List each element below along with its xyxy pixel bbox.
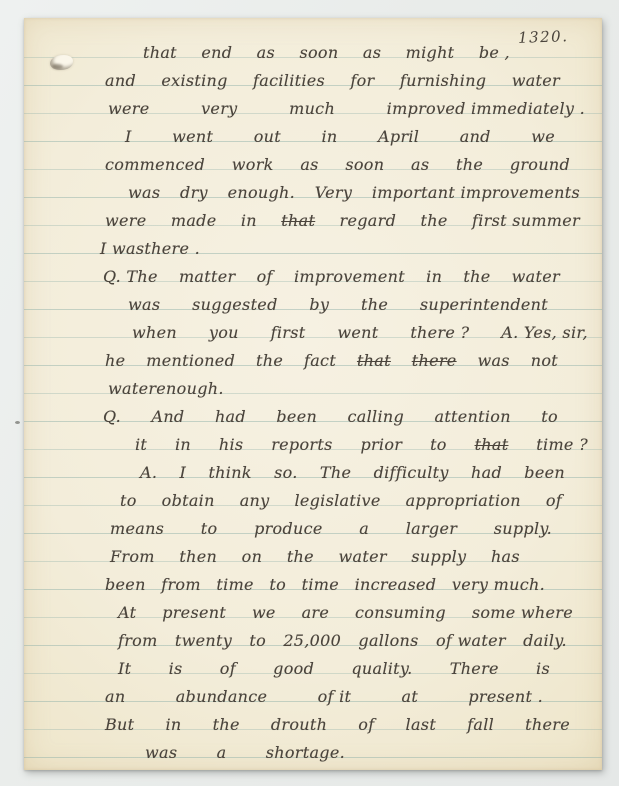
manuscript-line: weremadeinthatregardthefirst summer <box>24 206 602 234</box>
handwritten-word: drouth <box>271 715 327 734</box>
handwritten-word: the <box>456 155 483 174</box>
handwritten-word: to <box>541 407 558 426</box>
handwritten-word: The <box>320 463 351 482</box>
handwritten-word: ground <box>510 155 570 174</box>
handwritten-word: regard <box>340 211 397 230</box>
handwritten-word: I <box>180 463 187 482</box>
handwritten-word: he <box>105 351 125 370</box>
handwritten-word: been <box>524 463 565 482</box>
manuscript-line: wasdryenough.Veryimportant improvements <box>24 178 602 206</box>
handwritten-word: dry <box>180 183 208 202</box>
handwritten-word: Very <box>315 183 352 202</box>
handwritten-word: the <box>361 295 388 314</box>
manuscript-line: whenyoufirstwentthere ?A. Yes, sir, <box>24 318 602 346</box>
manuscript-line: A.Ithinkso.Thedifficultyhadbeen <box>24 458 602 486</box>
handwritten-word: been <box>105 575 146 594</box>
handwritten-word: But <box>105 715 134 734</box>
handwritten-word: increased <box>355 575 437 594</box>
handwritten-word: the <box>213 715 240 734</box>
handwritten-word: and <box>460 127 491 146</box>
handwritten-word: present <box>162 603 226 622</box>
handwritten-word: shortage. <box>266 743 345 762</box>
handwritten-word: we <box>531 127 555 146</box>
handwritten-word: a <box>359 519 369 538</box>
handwritten-word: so. <box>274 463 298 482</box>
handwritten-word: of <box>358 715 374 734</box>
scanned-page-background: 1320. thatendassoonasmightbe ,andexistin… <box>0 0 619 786</box>
handwritten-word: some where <box>472 603 573 622</box>
manuscript-line: meanstoproducealargersupply. <box>24 514 602 542</box>
handwritten-word: water <box>512 267 560 286</box>
handwritten-word: last <box>406 715 437 734</box>
handwritten-word: are <box>302 603 330 622</box>
handwritten-word: daily. <box>523 631 567 650</box>
manuscript-line: Itisofgoodquality.Thereis <box>24 654 602 682</box>
handwritten-word: there ? <box>410 323 469 342</box>
handwritten-word: on <box>242 547 263 566</box>
handwritten-word: produce <box>254 519 323 538</box>
manuscript-line: IwentoutinAprilandwe <box>24 122 602 150</box>
handwritten-word: not <box>531 351 558 370</box>
handwritten-word: supply <box>411 547 466 566</box>
handwritten-word: appropriation <box>406 491 521 510</box>
handwritten-word: consuming <box>355 603 446 622</box>
manuscript-line: I wasthere . <box>24 234 602 262</box>
handwritten-word: an <box>105 687 125 706</box>
struck-word: there <box>412 351 457 370</box>
handwritten-word: to <box>201 519 218 538</box>
manuscript-line: beenfromtimetotimeincreasedvery much. <box>24 570 602 598</box>
handwritten-word: in <box>175 435 191 454</box>
handwritten-word: of water <box>436 631 506 650</box>
handwritten-word: at <box>402 687 419 706</box>
handwritten-word: had <box>471 463 502 482</box>
handwritten-word: gallons <box>358 631 418 650</box>
handwritten-word: think <box>208 463 251 482</box>
dust-speck <box>15 421 20 424</box>
handwritten-word: was <box>128 183 160 202</box>
handwritten-word: enough. <box>156 379 223 398</box>
handwritten-word: been <box>276 407 317 426</box>
handwritten-word: very <box>201 99 237 118</box>
handwritten-word: in <box>426 267 442 286</box>
handwritten-word: the <box>256 351 283 370</box>
manuscript-line: andexistingfacilitiesforfurnishingwater <box>24 66 602 94</box>
handwritten-word: of <box>546 491 562 510</box>
handwritten-word: and <box>105 71 136 90</box>
handwritten-word: were <box>108 99 149 118</box>
handwritten-word: much <box>289 99 335 118</box>
handwritten-word: in <box>241 211 257 230</box>
handwritten-word: matter <box>179 267 236 286</box>
struck-word: that <box>357 351 391 370</box>
handwritten-word: reports <box>271 435 332 454</box>
manuscript-line: Butinthedrouthoflastfallthere <box>24 710 602 738</box>
handwritten-word: we <box>252 603 276 622</box>
handwritten-word: the <box>463 267 490 286</box>
handwritten-word: twenty <box>175 631 232 650</box>
handwritten-word: out <box>254 127 281 146</box>
handwritten-word: water <box>512 71 560 90</box>
handwritten-word: for <box>350 71 374 90</box>
handwritten-word: the <box>287 547 314 566</box>
handwritten-word: that <box>143 43 177 62</box>
handwritten-word: April <box>378 127 419 146</box>
handwritten-word: I <box>125 127 132 146</box>
manuscript-line: wereverymuchimproved immediately . <box>24 94 602 122</box>
handwritten-word: enough. <box>228 183 295 202</box>
handwritten-word: quality. <box>351 659 412 678</box>
handwritten-word: improvement <box>294 267 405 286</box>
handwritten-word: time <box>302 575 339 594</box>
handwritten-word: his <box>219 435 244 454</box>
handwritten-word: obtain <box>162 491 215 510</box>
manuscript-line: fromtwentyto25,000gallonsof waterdaily. <box>24 626 602 654</box>
handwritten-word: by <box>309 295 329 314</box>
handwritten-word: is <box>536 659 550 678</box>
handwritten-word: a <box>217 743 227 762</box>
manuscript-line: toobtainanylegislativeappropriationof <box>24 486 602 514</box>
handwritten-word: it <box>135 435 147 454</box>
handwritten-word: larger <box>406 519 457 538</box>
handwritten-word: might <box>406 43 455 62</box>
struck-word: that <box>475 435 509 454</box>
handwritten-word: was <box>128 295 160 314</box>
handwritten-word: as <box>300 155 318 174</box>
handwritten-word: was <box>145 743 177 762</box>
handwritten-word: abundance <box>176 687 268 706</box>
manuscript-line: Fromthenonthewatersupplyhas <box>24 542 602 570</box>
handwritten-word: was <box>477 351 509 370</box>
handwritten-word: good <box>273 659 314 678</box>
handwritten-word: in <box>166 715 182 734</box>
handwritten-word: supply. <box>494 519 552 538</box>
handwritten-word: then <box>179 547 217 566</box>
handwritten-word: From <box>110 547 155 566</box>
manuscript-line: Atpresentweareconsumingsome where <box>24 598 602 626</box>
handwritten-word: Q. <box>103 407 121 426</box>
handwritten-word: suggested <box>192 295 278 314</box>
handwritten-word: of <box>220 659 236 678</box>
handwritten-word: any <box>240 491 270 510</box>
handwritten-word: attention <box>434 407 510 426</box>
handwritten-word: there . <box>144 239 200 258</box>
handwritten-word: At <box>118 603 136 622</box>
manuscript-line: itinhisreportspriortothattime ? <box>24 430 602 458</box>
handwritten-word: time <box>216 575 253 594</box>
handwritten-word: soon <box>345 155 384 174</box>
handwritten-word: first <box>271 323 306 342</box>
handwritten-word: fact <box>304 351 336 370</box>
handwritten-word: when <box>132 323 177 342</box>
handwritten-word: as <box>257 43 275 62</box>
handwritten-word: very much. <box>452 575 545 594</box>
handwritten-word: fall <box>467 715 494 734</box>
handwritten-word: A. Yes, sir, <box>501 323 588 342</box>
handwritten-word: There <box>450 659 499 678</box>
handwritten-word: existing <box>161 71 227 90</box>
handwritten-word: went <box>337 323 378 342</box>
handwriting-text-block: thatendassoonasmightbe ,andexistingfacil… <box>24 38 602 766</box>
struck-word: that <box>281 211 315 230</box>
manuscript-line: Q.Andhadbeencallingattentionto <box>24 402 602 430</box>
manuscript-line: commencedworkassoonastheground <box>24 150 602 178</box>
handwritten-word: superintendent <box>420 295 548 314</box>
handwritten-word: there <box>525 715 570 734</box>
handwritten-word: soon <box>299 43 338 62</box>
handwritten-word: to <box>430 435 447 454</box>
handwritten-word: as <box>363 43 381 62</box>
handwritten-word: legislative <box>294 491 380 510</box>
handwritten-word: end <box>201 43 232 62</box>
handwritten-word: to <box>269 575 286 594</box>
handwritten-word: from <box>118 631 158 650</box>
manuscript-paper: 1320. thatendassoonasmightbe ,andexistin… <box>24 18 602 770</box>
handwritten-word: made <box>171 211 217 230</box>
handwritten-word: of it <box>318 687 352 706</box>
handwritten-word: is <box>169 659 183 678</box>
handwritten-word: prior <box>360 435 402 454</box>
handwritten-word: calling <box>348 407 405 426</box>
handwritten-word: A. <box>140 463 157 482</box>
handwritten-word: It <box>118 659 131 678</box>
manuscript-line: wassuggestedbythesuperintendent <box>24 290 602 318</box>
handwritten-word: present . <box>468 687 543 706</box>
handwritten-word: from <box>161 575 201 594</box>
handwritten-word: Q. The <box>103 267 158 286</box>
handwritten-word: mentioned <box>146 351 235 370</box>
handwritten-word: And <box>151 407 184 426</box>
manuscript-line: waterenough. <box>24 374 602 402</box>
handwritten-word: you <box>209 323 239 342</box>
handwritten-word: in <box>322 127 338 146</box>
handwritten-word: water <box>108 379 156 398</box>
handwritten-word: be , <box>479 43 510 62</box>
handwritten-word: first summer <box>472 211 580 230</box>
handwritten-word: of <box>257 267 273 286</box>
handwritten-word: important improvements <box>372 183 580 202</box>
handwritten-word: had <box>215 407 246 426</box>
handwritten-word: as <box>411 155 429 174</box>
handwritten-word: were <box>105 211 146 230</box>
manuscript-line: thatendassoonasmightbe , <box>24 38 602 66</box>
handwritten-word: facilities <box>253 71 325 90</box>
handwritten-word: to <box>120 491 137 510</box>
handwritten-word: difficulty <box>374 463 449 482</box>
manuscript-line: anabundanceof itatpresent . <box>24 682 602 710</box>
handwritten-word: to <box>249 631 266 650</box>
handwritten-word: commenced <box>105 155 205 174</box>
manuscript-line: Q. Thematterofimprovementinthewater <box>24 262 602 290</box>
handwritten-word: work <box>232 155 274 174</box>
handwritten-word: water <box>339 547 387 566</box>
manuscript-line: hementionedthefactthattherewasnot <box>24 346 602 374</box>
handwritten-word: improved immediately . <box>387 99 585 118</box>
handwritten-word: time ? <box>536 435 588 454</box>
handwritten-word: means <box>110 519 164 538</box>
handwritten-word: 25,000 <box>283 631 341 650</box>
handwritten-word: furnishing <box>400 71 486 90</box>
handwritten-word: the <box>421 211 448 230</box>
handwritten-word: went <box>172 127 213 146</box>
manuscript-line: wasashortage. <box>24 738 602 766</box>
handwritten-word: has <box>491 547 520 566</box>
handwritten-word: I was <box>100 239 144 258</box>
